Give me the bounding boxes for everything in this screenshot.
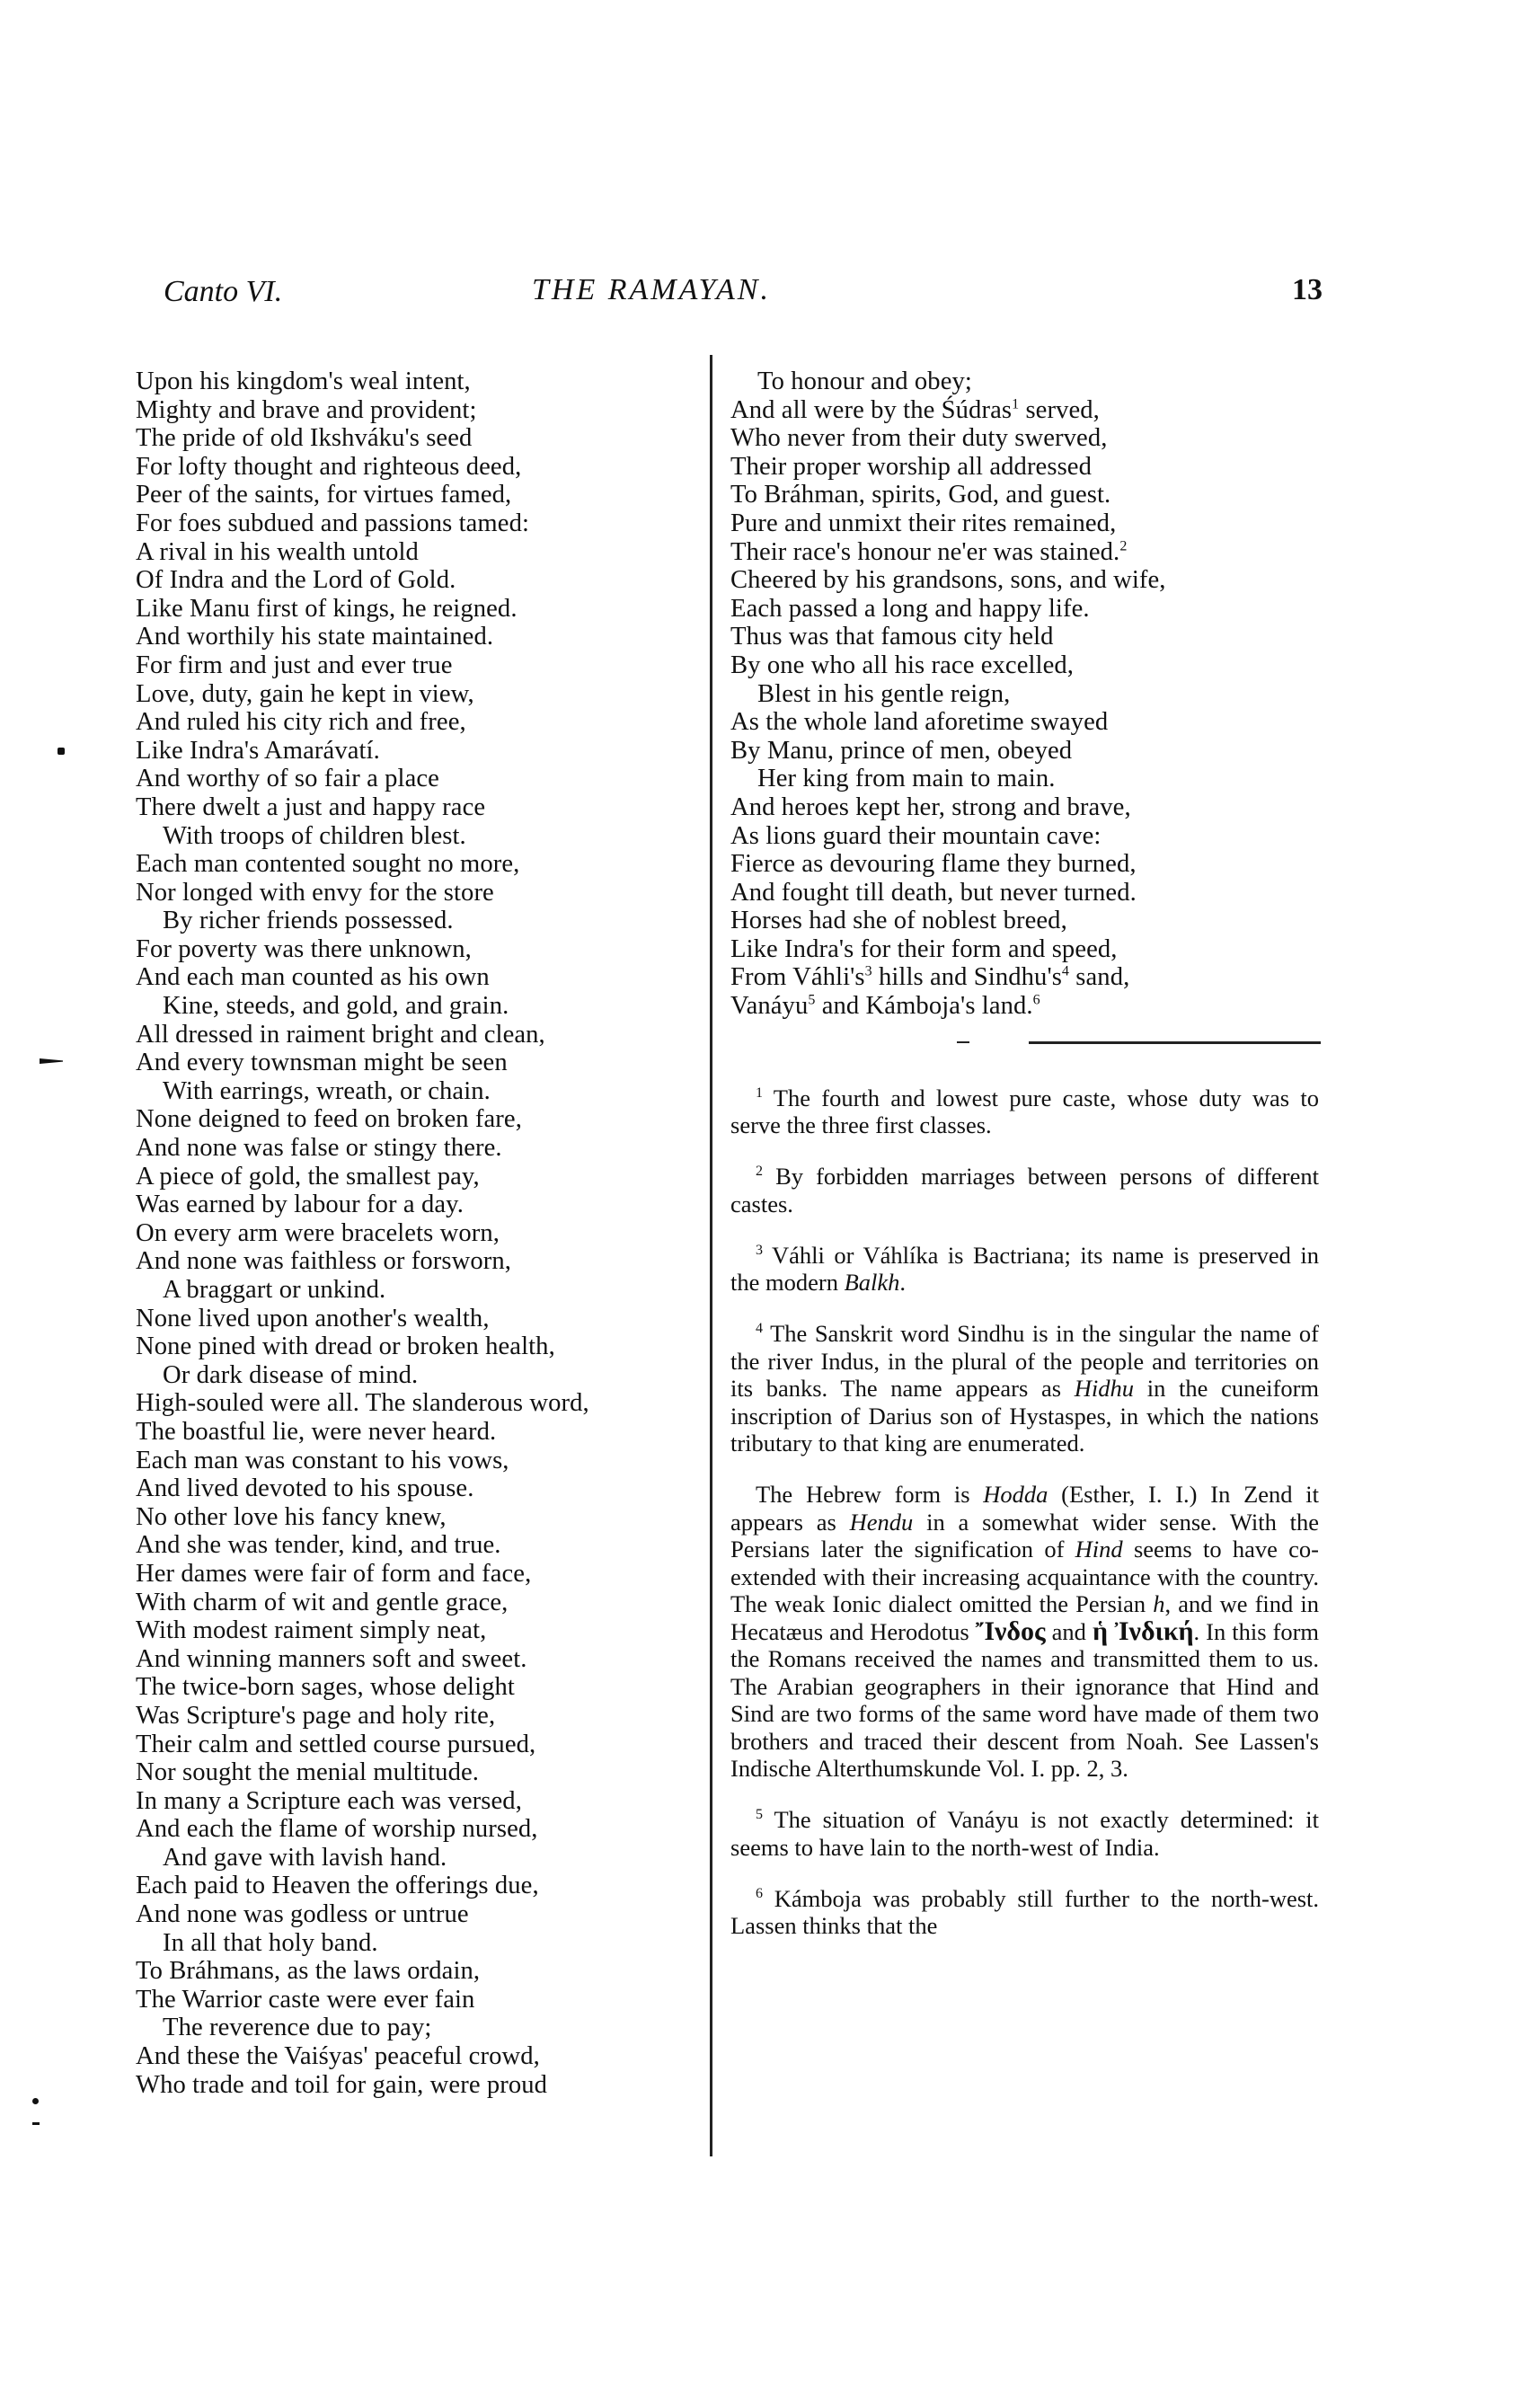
verse-line: From Váhli's3 hills and Sindhu's4 sand, xyxy=(730,963,1314,992)
verse-line: Each paid to Heaven the offerings due, xyxy=(136,1872,711,1900)
verse-line: And none was false or stingy there. xyxy=(136,1134,711,1163)
verse-line: And fought till death, but never turned. xyxy=(730,879,1314,907)
page-number: 13 xyxy=(1292,273,1323,307)
verse-line: And each man counted as his own xyxy=(136,963,711,992)
verse-line: To honour and obey; xyxy=(730,367,1314,396)
verse-line: Pure and unmixt their rites remained, xyxy=(730,509,1314,538)
verse-line: And each the flame of worship nursed, xyxy=(136,1815,711,1844)
verse-line: Was earned by labour for a day. xyxy=(136,1191,711,1219)
verse-line: Upon his kingdom's weal intent, xyxy=(136,367,711,396)
verse-line: Mighty and brave and provident; xyxy=(136,396,711,425)
verse-line: As lions guard their mountain cave: xyxy=(730,822,1314,851)
footnotes: 1 The fourth and lowest pure caste, whos… xyxy=(730,1060,1319,1943)
verse-line: Cheered by his grandsons, sons, and wife… xyxy=(730,566,1314,595)
book-page: Canto VI. THE RAMAYAN. 13 Upon his kingd… xyxy=(0,0,1513,2408)
verse-line: Each passed a long and happy life. xyxy=(730,595,1314,624)
verse-line: For poverty was there unknown, xyxy=(136,935,711,964)
verse-line: Thus was that famous city held xyxy=(730,623,1314,651)
running-header: Canto VI. THE RAMAYAN. 13 xyxy=(164,270,1323,314)
verse-line: With troops of children blest. xyxy=(136,822,711,851)
verse-line: With charm of wit and gentle grace, xyxy=(136,1589,711,1617)
verse-line: Their calm and settled course pursued, xyxy=(136,1731,711,1759)
margin-arrow-icon xyxy=(40,1058,63,1064)
verse-line: And winning manners soft and sweet. xyxy=(136,1645,711,1674)
verse-line: Her king from main to main. xyxy=(730,765,1314,793)
footnote-1: 1 The fourth and lowest pure caste, whos… xyxy=(730,1084,1319,1139)
verse-line: The Warrior caste were ever fain xyxy=(136,1986,711,2014)
verse-line: Love, duty, gain he kept in view, xyxy=(136,680,711,709)
margin-dot-icon xyxy=(32,2098,39,2104)
verse-line: With earrings, wreath, or chain. xyxy=(136,1077,711,1106)
verse-line: Blest in his gentle reign, xyxy=(730,680,1314,709)
margin-dash-icon xyxy=(32,2122,40,2125)
verse-line: In many a Scripture each was versed, xyxy=(136,1787,711,1816)
verse-line: Or dark disease of mind. xyxy=(136,1361,711,1390)
footnote-ref[interactable]: 6 xyxy=(1033,993,1040,1008)
right-verse-column: To honour and obey;And all were by the Ś… xyxy=(730,367,1314,1021)
verse-line: Fierce as devouring flame they burned, xyxy=(730,850,1314,879)
margin-mark-icon xyxy=(58,748,65,755)
footnote-2: 2 By forbidden marriages between persons… xyxy=(730,1163,1319,1217)
verse-line: High-souled were all. The slanderous wor… xyxy=(136,1389,711,1418)
verse-line: And worthy of so fair a place xyxy=(136,765,711,793)
verse-line: Nor sought the menial multitude. xyxy=(136,1758,711,1787)
verse-line: As the whole land aforetime swayed xyxy=(730,708,1314,737)
verse-line: Kine, steeds, and gold, and grain. xyxy=(136,992,711,1021)
greek-word-indike: ἡ Ἰνδική xyxy=(1093,1616,1194,1646)
verse-line: A piece of gold, the smallest pay, xyxy=(136,1163,711,1191)
verse-line: And all were by the Śúdras1 served, xyxy=(730,396,1314,425)
verse-line: And none was godless or untrue xyxy=(136,1900,711,1929)
verse-line: The reverence due to pay; xyxy=(136,2014,711,2042)
verse-line: Who never from their duty swerved, xyxy=(730,424,1314,453)
verse-line: Their race's honour ne'er was stained.2 xyxy=(730,538,1314,567)
verse-line: For firm and just and ever true xyxy=(136,651,711,680)
footnote-rule-mark xyxy=(957,1041,969,1043)
verse-line: There dwelt a just and happy race xyxy=(136,793,711,822)
verse-line: Like Manu first of kings, he reigned. xyxy=(136,595,711,624)
footnote-3: 3 Váhli or Váhlíka is Bactriana; its nam… xyxy=(730,1242,1319,1297)
verse-line: Of Indra and the Lord of Gold. xyxy=(136,566,711,595)
verse-line: To Bráhmans, as the laws ordain, xyxy=(136,1957,711,1986)
verse-line: And she was tender, kind, and true. xyxy=(136,1531,711,1560)
verse-line: All dressed in raiment bright and clean, xyxy=(136,1021,711,1049)
footnote-ref[interactable]: 1 xyxy=(1012,396,1019,412)
verse-line: The twice-born sages, whose delight xyxy=(136,1673,711,1702)
verse-line: Their proper worship all addressed xyxy=(730,453,1314,482)
verse-line: And ruled his city rich and free, xyxy=(136,708,711,737)
verse-line: Like Indra's Amarávatí. xyxy=(136,737,711,766)
footnote-ref[interactable]: 4 xyxy=(1062,964,1069,979)
book-title: THE RAMAYAN. xyxy=(532,273,771,307)
verse-line: A rival in his wealth untold xyxy=(136,538,711,567)
footnote-ref[interactable]: 3 xyxy=(865,964,872,979)
column-divider xyxy=(710,355,712,2156)
verse-line: By Manu, prince of men, obeyed xyxy=(730,737,1314,766)
verse-line: And worthily his state maintained. xyxy=(136,623,711,651)
verse-line: With modest raiment simply neat, xyxy=(136,1616,711,1645)
verse-line: And lived devoted to his spouse. xyxy=(136,1474,711,1503)
footnote-6: 6 Kámboja was probably still further to … xyxy=(730,1885,1319,1940)
verse-line: To Bráhman, spirits, God, and guest. xyxy=(730,481,1314,509)
verse-line: Like Indra's for their form and speed, xyxy=(730,935,1314,964)
left-verse-column: Upon his kingdom's weal intent,Mighty an… xyxy=(136,367,711,2099)
verse-line: Each man contented sought no more, xyxy=(136,850,711,879)
verse-line: In all that holy band. xyxy=(136,1929,711,1958)
verse-line: Her dames were fair of form and face, xyxy=(136,1560,711,1589)
verse-line: None deigned to feed on broken fare, xyxy=(136,1105,711,1134)
verse-line: Who trade and toil for gain, were proud xyxy=(136,2071,711,2100)
verse-line: Was Scripture's page and holy rite, xyxy=(136,1702,711,1731)
footnote-rule xyxy=(1029,1041,1321,1044)
footnote-4-continued: The Hebrew form is Hodda (Esther, I. I.)… xyxy=(730,1481,1319,1783)
verse-line: And every townsman might be seen xyxy=(136,1049,711,1077)
verse-line: By richer friends possessed. xyxy=(136,907,711,935)
verse-line: And gave with lavish hand. xyxy=(136,1844,711,1872)
verse-line: And these the Vaiśyas' peaceful crowd, xyxy=(136,2042,711,2071)
verse-line: Nor longed with envy for the store xyxy=(136,879,711,907)
verse-line: Each man was constant to his vows, xyxy=(136,1447,711,1475)
verse-line: For foes subdued and passions tamed: xyxy=(136,509,711,538)
verse-line: By one who all his race excelled, xyxy=(730,651,1314,680)
verse-line: And heroes kept her, strong and brave, xyxy=(730,793,1314,822)
verse-line: No other love his fancy knew, xyxy=(136,1503,711,1532)
verse-line: And none was faithless or forsworn, xyxy=(136,1247,711,1276)
verse-line: Peer of the saints, for virtues famed, xyxy=(136,481,711,509)
canto-label: Canto VI. xyxy=(164,275,282,309)
footnote-5: 5 The situation of Vanáyu is not exactly… xyxy=(730,1806,1319,1861)
greek-word-indos: Ἴνδος xyxy=(976,1616,1046,1646)
verse-line: Vanáyu5 and Kámboja's land.6 xyxy=(730,992,1314,1021)
verse-line: Horses had she of noblest breed, xyxy=(730,907,1314,935)
verse-line: For lofty thought and righteous deed, xyxy=(136,453,711,482)
footnote-ref[interactable]: 2 xyxy=(1119,538,1127,553)
verse-line: None lived upon another's wealth, xyxy=(136,1305,711,1333)
footnote-4: 4 The Sanskrit word Sindhu is in the sin… xyxy=(730,1320,1319,1457)
verse-line: On every arm were bracelets worn, xyxy=(136,1219,711,1248)
verse-line: The pride of old Ikshváku's seed xyxy=(136,424,711,453)
verse-line: None pined with dread or broken health, xyxy=(136,1332,711,1361)
verse-line: A braggart or unkind. xyxy=(136,1276,711,1305)
verse-line: The boastful lie, were never heard. xyxy=(136,1418,711,1447)
